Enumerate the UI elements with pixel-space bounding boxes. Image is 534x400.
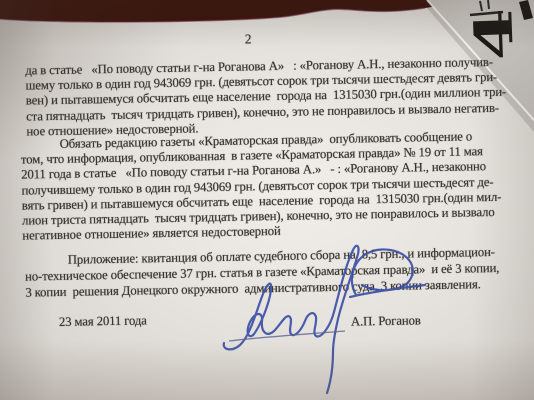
document-date: 23 мая 2011 года <box>59 313 147 330</box>
photo-document: 4 2 да в статье «По поводу статьи г-на Р… <box>0 0 534 400</box>
document-sheet: 2 да в статье «По поводу статьи г-на Рог… <box>0 0 534 400</box>
signatory-name: А.П. Роганов <box>351 313 421 329</box>
page-number: 2 <box>245 31 252 46</box>
paragraph-attachment: Приложение: квитанция об оплате судебног… <box>25 244 500 301</box>
paragraph-continuation: да в статье «По поводу статьи г-на Роган… <box>25 55 507 140</box>
paragraph-obligation: Обязать редакцию газеты «Краматорская пр… <box>21 129 502 244</box>
